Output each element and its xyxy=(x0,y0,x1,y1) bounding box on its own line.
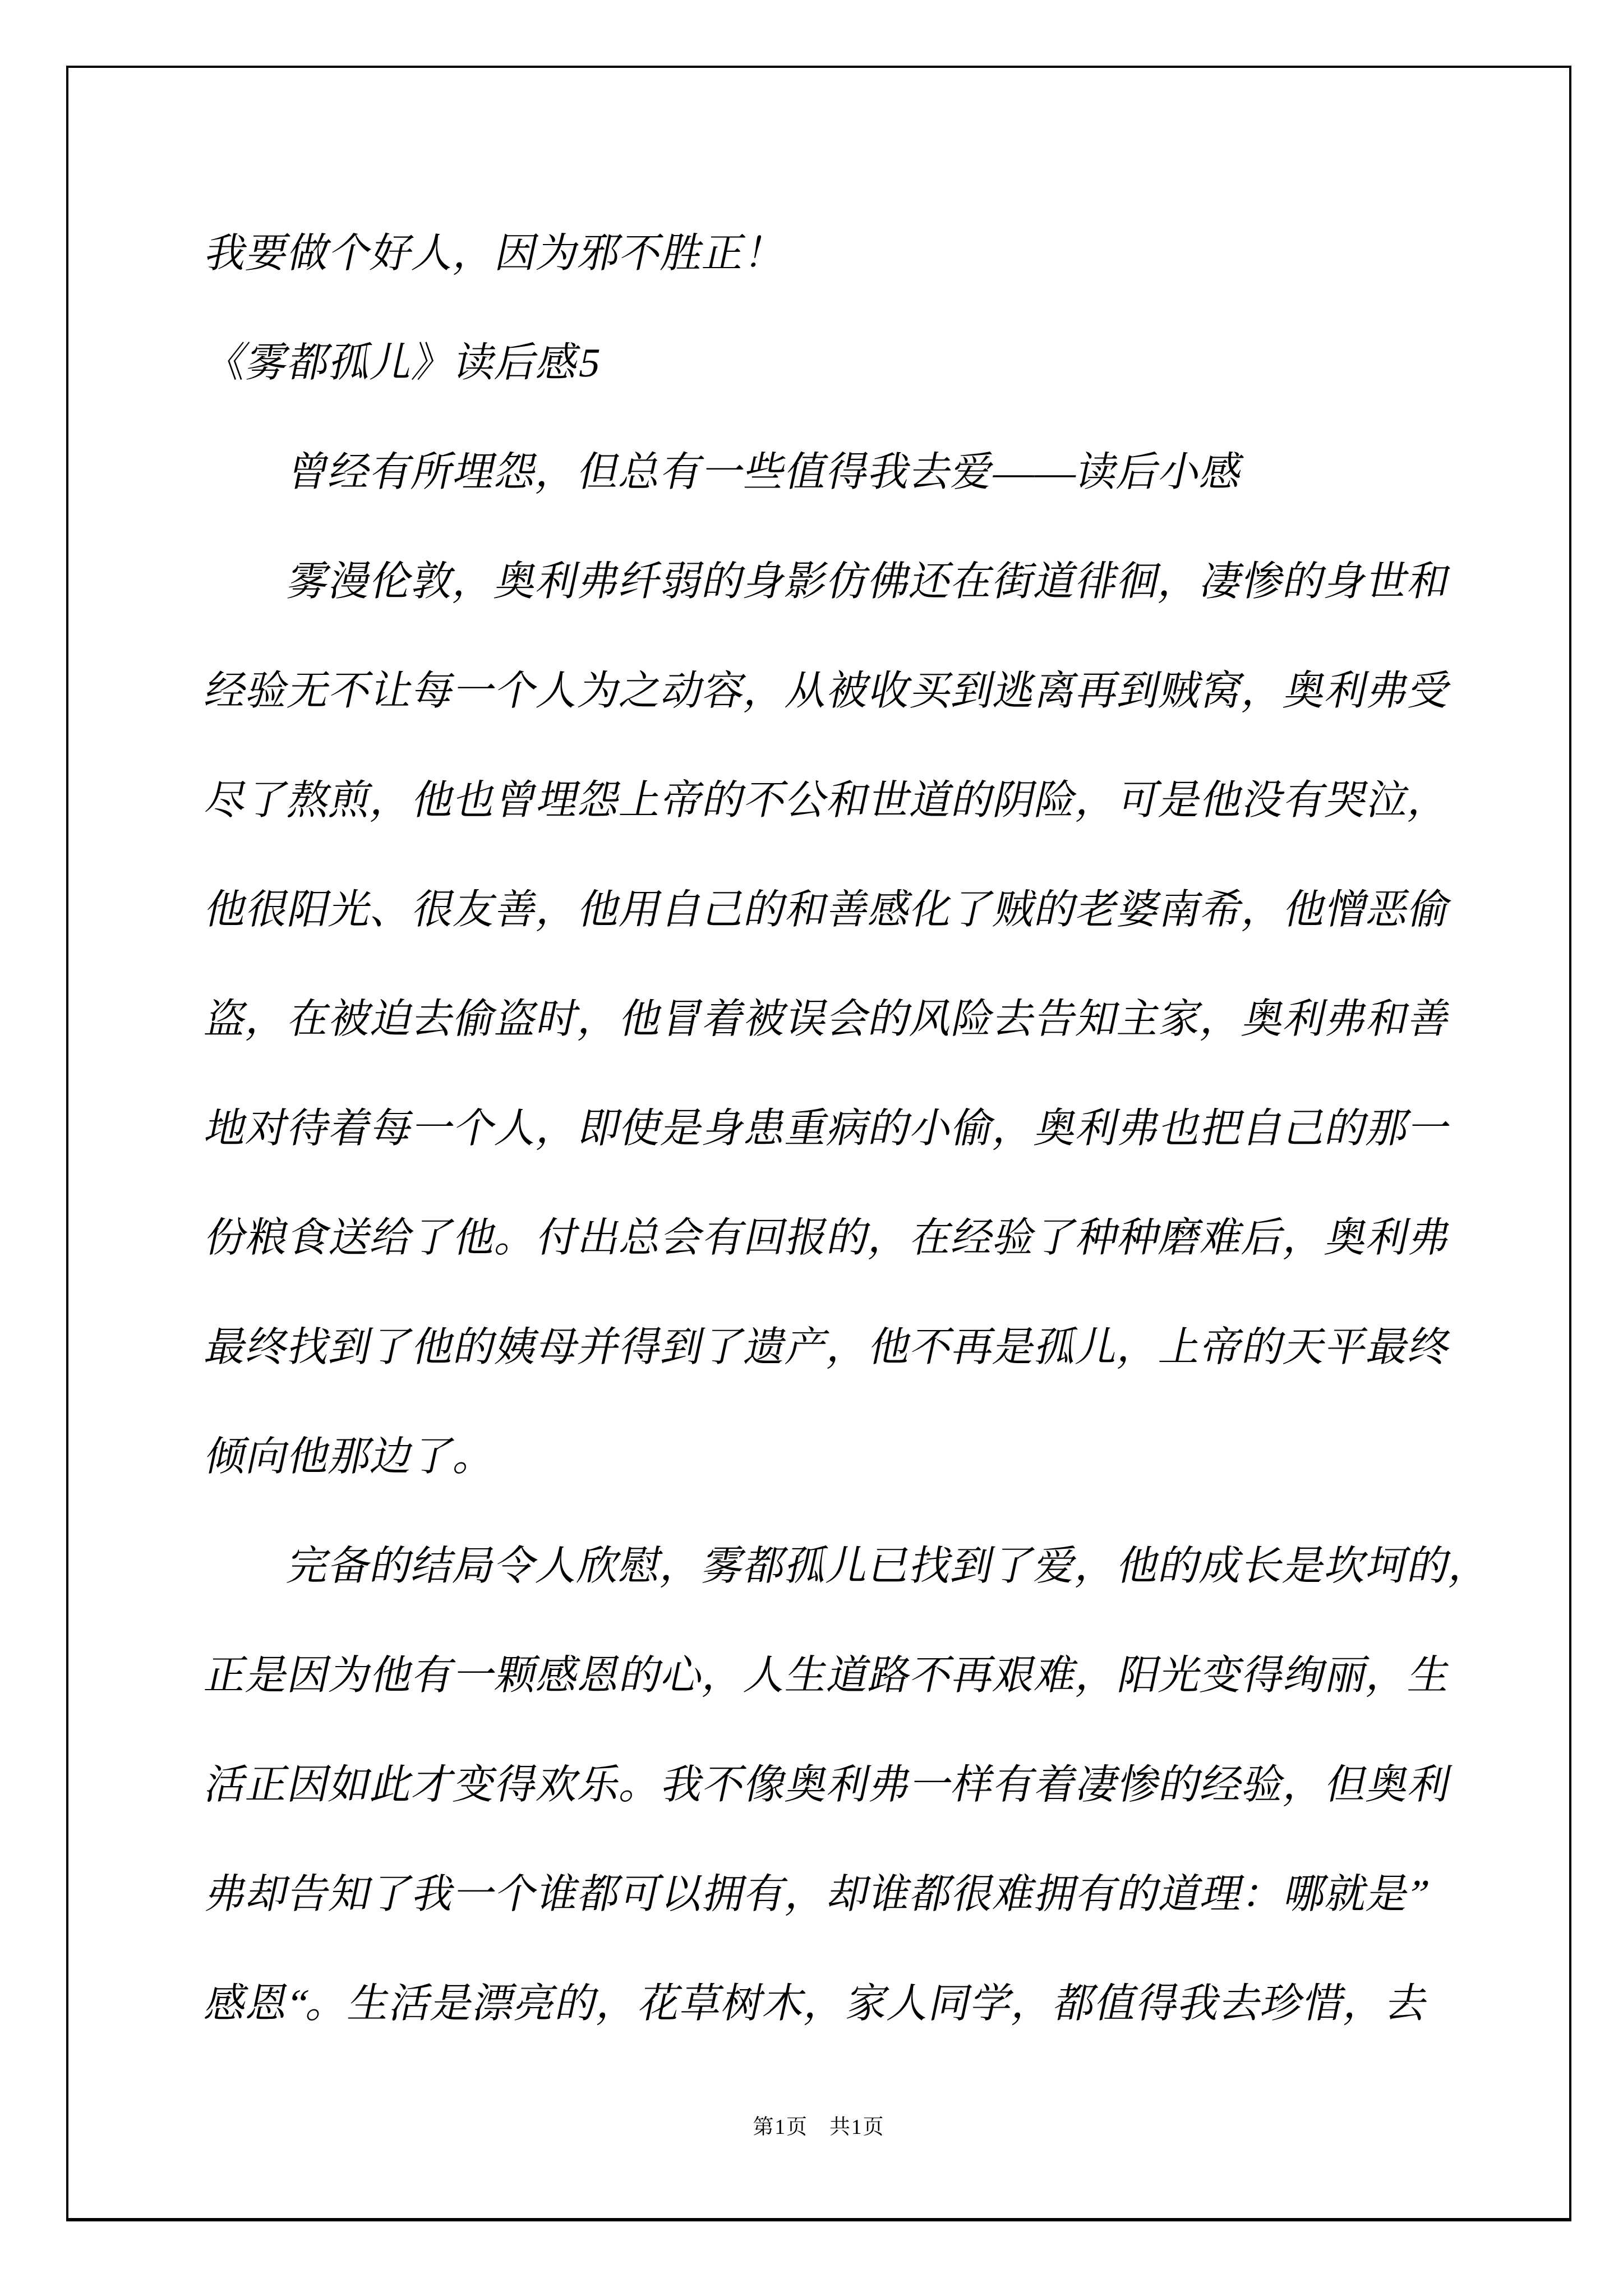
document-page: 我要做个好人，因为邪不胜正！ 《雾都孤儿》读后感5 曾经有所埋怨，但总有一些值得… xyxy=(0,0,1623,2296)
document-body: 我要做个好人，因为邪不胜正！ 《雾都孤儿》读后感5 曾经有所埋怨，但总有一些值得… xyxy=(199,199,1441,2058)
page-number-label: 第1页 xyxy=(753,2116,809,2139)
text-line: 份粮食送给了他。付出总会有回报的，在经验了种种磨难后，奥利弗 xyxy=(195,1183,1460,1292)
text-line: 倾向他那边了。 xyxy=(195,1402,1460,1511)
text-line: 他很阳光、很友善，他用自己的和善感化了贼的老婆南希，他憎恶偷 xyxy=(195,855,1460,964)
text-line-title: 《雾都孤儿》读后感5 xyxy=(195,308,1460,417)
page-footer: 第1页共1页 xyxy=(66,2114,1571,2142)
text-line: 盗，在被迫去偷盗时，他冒着被误会的风险去告知主家，奥利弗和善 xyxy=(195,964,1460,1074)
text-line: 地对待着每一个人，即使是身患重病的小偷，奥利弗也把自己的那一 xyxy=(195,1074,1460,1183)
text-line: 最终找到了他的姨母并得到了遗产，他不再是孤儿，上帝的天平最终 xyxy=(195,1292,1460,1402)
text-line: 曾经有所埋怨，但总有一些值得我去爱——读后小感 xyxy=(195,417,1460,527)
text-line: 活正因如此才变得欢乐。我不像奥利弗一样有着凄惨的经验，但奥利 xyxy=(195,1730,1460,1839)
page-total-label: 共1页 xyxy=(829,2116,885,2139)
text-line: 正是因为他有一颗感恩的心，人生道路不再艰难，阳光变得绚丽，生 xyxy=(195,1621,1460,1730)
text-line: 我要做个好人，因为邪不胜正！ xyxy=(195,199,1460,308)
text-line: 感恩“。生活是漂亮的，花草树木，家人同学，都值得我去珍惜，去 xyxy=(195,1949,1460,2058)
text-line: 弗却告知了我一个谁都可以拥有，却谁都很难拥有的道理：哪就是” xyxy=(195,1839,1460,1949)
text-line: 经验无不让每一个人为之动容，从被收买到逃离再到贼窝，奥利弗受 xyxy=(195,636,1460,746)
text-line: 尽了熬煎，他也曾埋怨上帝的不公和世道的阴险，可是他没有哭泣， xyxy=(195,746,1460,855)
text-line: 完备的结局令人欣慰，雾都孤儿已找到了爱，他的成长是坎坷的， xyxy=(195,1511,1460,1621)
text-line: 雾漫伦敦，奥利弗纤弱的身影仿佛还在街道徘徊，凄惨的身世和 xyxy=(195,527,1460,636)
